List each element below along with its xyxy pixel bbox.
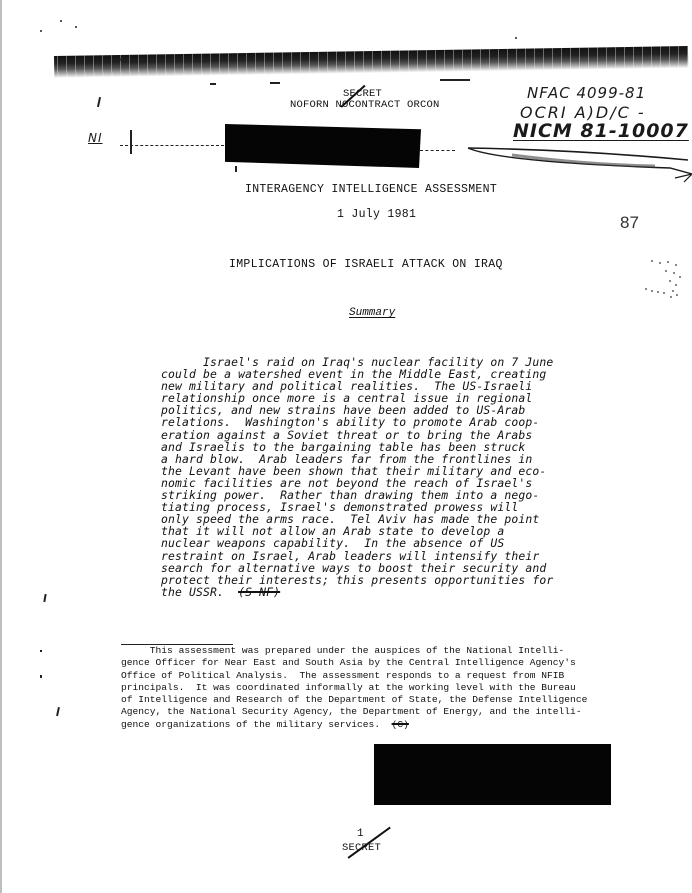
- footnote-classification-marking: (C): [392, 719, 409, 730]
- scan-speck: [515, 37, 517, 39]
- scan-speck: [60, 20, 62, 22]
- handwritten-swoosh: [460, 140, 692, 185]
- footnote-paragraph: This assessment was prepared under the a…: [121, 645, 691, 731]
- assessment-date: 1 July 1981: [337, 208, 416, 221]
- scan-speck: [40, 30, 42, 32]
- footnote-line: of Intelligence and Research of the Depa…: [121, 694, 691, 706]
- margin-vertical-mark: [130, 130, 132, 154]
- summary-last-line: the USSR. (S NF): [161, 586, 601, 598]
- redaction-block-top: [225, 124, 421, 168]
- scan-noise-band: [54, 46, 688, 78]
- routing-dashed-line-right: [420, 150, 455, 151]
- margin-tick: [56, 707, 59, 716]
- page-edge: [0, 0, 2, 893]
- handwritten-control-number-3: NICM 81-10007: [513, 120, 689, 142]
- scan-speck: [270, 82, 280, 84]
- handwritten-margin-ni: NI: [88, 131, 103, 145]
- handwritten-control-number-1: NFAC 4099-81: [527, 84, 646, 102]
- page-number: 1: [357, 828, 364, 840]
- faint-stamp-remnant: [640, 255, 685, 305]
- footnote-last-line-text: gence organizations of the military serv…: [121, 719, 392, 730]
- footnote-line: This assessment was prepared under the a…: [121, 645, 691, 657]
- stamp-number: 87: [620, 213, 639, 233]
- scan-speck: [440, 79, 470, 81]
- document-title: IMPLICATIONS OF ISRAELI ATTACK ON IRAQ: [229, 258, 503, 271]
- summary-lines: Israel's raid on Iraq's nuclear facility…: [161, 356, 601, 586]
- redaction-tick: [235, 166, 237, 172]
- margin-tick: [40, 650, 42, 652]
- margin-tick: [97, 97, 101, 107]
- footnote-line: principals. It was coordinated informall…: [121, 682, 691, 694]
- redaction-block-bottom: [374, 744, 611, 805]
- scan-speck: [75, 26, 77, 28]
- dissemination-controls: NOFORN NOCONTRACT ORCON: [290, 99, 440, 111]
- margin-tick: [43, 594, 46, 602]
- footnote-line: Office of Political Analysis. The assess…: [121, 670, 691, 682]
- scan-speck: [120, 58, 123, 61]
- summary-line: nuclear weapons capability. In the absen…: [161, 537, 601, 549]
- summary-paragraph: Israel's raid on Iraq's nuclear facility…: [161, 356, 601, 598]
- summary-line: restraint on Israel, Arab leaders will i…: [161, 550, 601, 562]
- scan-speck: [210, 83, 216, 85]
- footnote-line: gence Officer for Near East and South As…: [121, 657, 691, 669]
- summary-last-line-text: the USSR.: [161, 585, 238, 599]
- summary-classification-marking: (S NF): [238, 585, 280, 599]
- summary-line: eration against a Soviet threat or to br…: [161, 429, 601, 441]
- summary-line: relations. Washington's ability to promo…: [161, 416, 601, 428]
- summary-line: search for alternative ways to boost the…: [161, 562, 601, 574]
- routing-dashed-line-left: [120, 145, 224, 146]
- footnote-lines: This assessment was prepared under the a…: [121, 645, 691, 719]
- assessment-type: INTERAGENCY INTELLIGENCE ASSESSMENT: [245, 183, 497, 196]
- margin-tick: [40, 675, 42, 678]
- footnote-line: Agency, the National Security Agency, th…: [121, 706, 691, 718]
- summary-heading: Summary: [349, 307, 395, 319]
- footnote-last-line: gence organizations of the military serv…: [121, 719, 691, 731]
- summary-line: and Israelis to the bargaining table has…: [161, 441, 601, 453]
